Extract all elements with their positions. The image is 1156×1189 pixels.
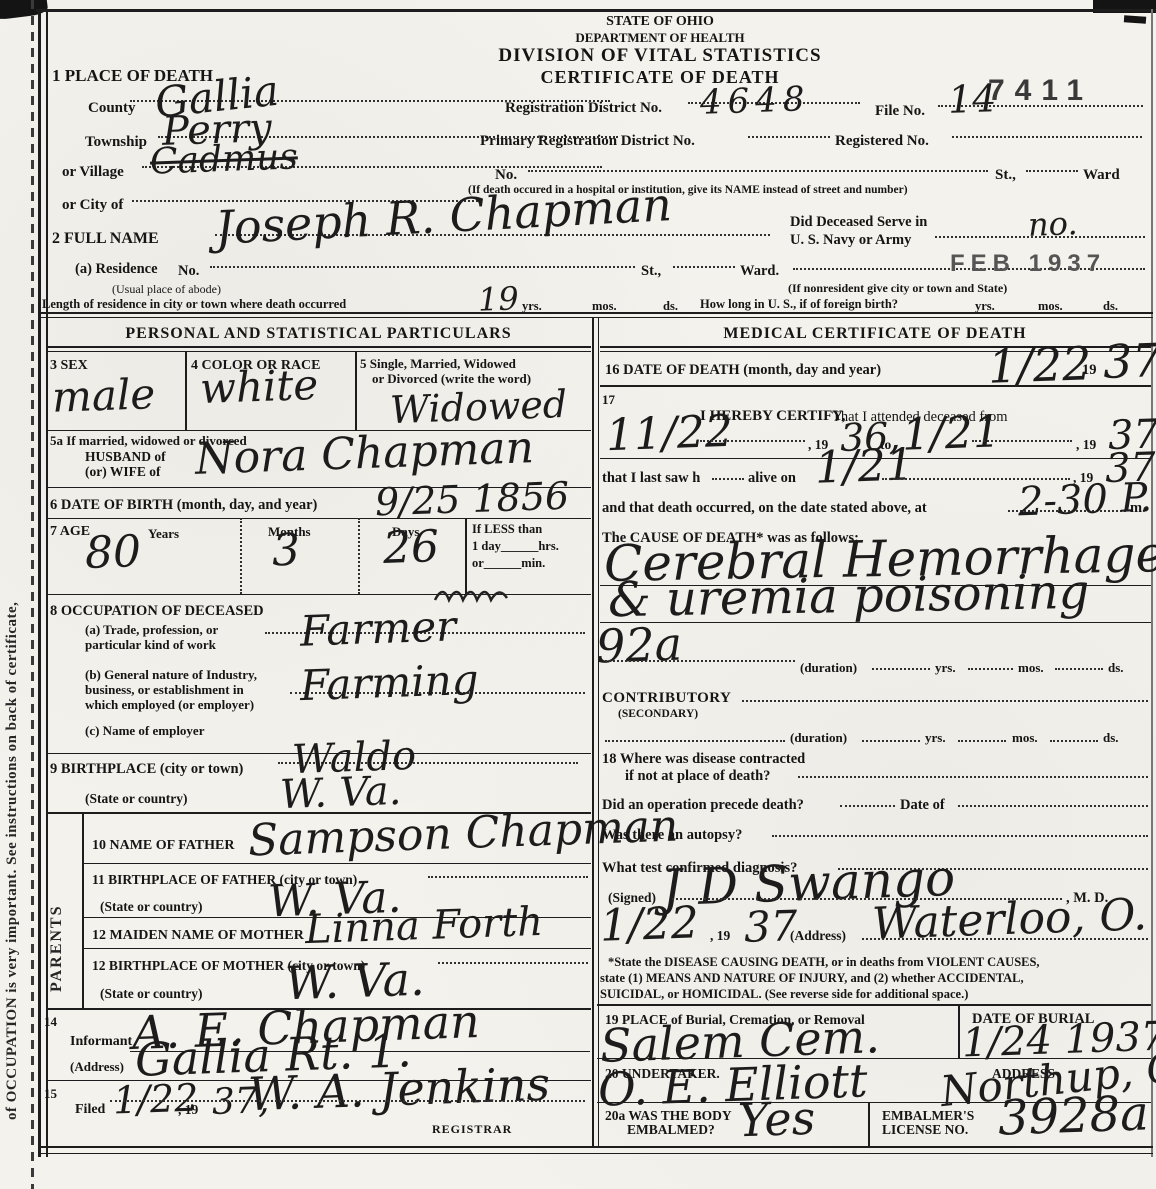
death-certificate-scan: of OCCUPATION is very important. See ins… <box>0 0 1156 1189</box>
disease-contracted-label-2: if not at place of death? <box>625 768 770 785</box>
birthplace-label: 9 BIRTHPLACE (city or town) <box>50 761 243 778</box>
undertaker-value: O. E. Elliott <box>597 1057 868 1112</box>
form-line <box>428 876 588 878</box>
filed-number: 15 <box>44 1086 57 1102</box>
printed-comma-19: , 19 <box>1076 437 1096 453</box>
service-label-line2: U. S. Navy or Army <box>790 232 911 249</box>
ward-label: Ward <box>1083 167 1120 184</box>
form-line <box>748 136 830 138</box>
form-line <box>772 835 1148 837</box>
file-no-label: File No. <box>875 103 925 120</box>
registrar-label: REGISTRAR <box>432 1122 512 1137</box>
file-no-stamp: 7411 <box>988 74 1093 108</box>
form-line <box>742 700 1148 702</box>
duration-yrs-label: yrs. <box>935 660 956 676</box>
age-years-value: 80 <box>84 530 142 576</box>
duration-yrs-label: yrs. <box>925 730 946 746</box>
parents-box-line <box>82 812 84 1008</box>
cell-divider <box>358 518 360 594</box>
form-line <box>600 385 1151 387</box>
operation-label: Did an operation precede death? <box>602 797 804 814</box>
father-name-label: 10 NAME OF FATHER <box>92 838 234 854</box>
form-line <box>210 266 635 268</box>
residence-no-label: No. <box>178 263 199 280</box>
form-line <box>46 518 591 519</box>
township-label: Township <box>85 134 147 151</box>
embalmer-license-value: 3928a <box>997 1089 1149 1142</box>
age-days-value: 26 <box>382 525 440 571</box>
attended-to-value: 1/21 <box>901 410 1001 457</box>
signature-date-value: 1/22 <box>599 901 699 948</box>
occupation-a-value: Farmer <box>299 605 457 652</box>
duration-label: (duration) <box>790 730 847 746</box>
form-line <box>840 805 895 807</box>
form-line <box>438 962 588 964</box>
filed-label: Filed <box>75 1102 105 1118</box>
registration-district-label: Registration District No. <box>505 100 662 117</box>
full-name-label: 2 FULL NAME <box>52 230 159 248</box>
birthplace-state-value: W. Va. <box>279 771 402 815</box>
date-of-death-value: 1/22 <box>987 340 1092 390</box>
informant-number: 14 <box>44 1014 57 1030</box>
form-line <box>673 266 735 268</box>
date-of-birth-label: 6 DATE OF BIRTH (month, day, and year) <box>50 497 317 514</box>
color-race-value: white <box>199 364 319 410</box>
section-divider <box>38 312 1153 314</box>
occupation-c-label: (c) Name of employer <box>85 723 204 739</box>
village-value: Cadmus <box>149 139 298 180</box>
border-bottom-inner <box>38 1153 1153 1154</box>
division-heading: DIVISION OF VITAL STATISTICS <box>300 45 1020 67</box>
marital-value: Widowed <box>389 385 567 429</box>
form-line <box>952 136 1142 138</box>
mother-birthplace-state-label: (State or country) <box>100 986 202 1002</box>
form-line <box>1026 170 1078 172</box>
if-less-label-line2: 1 day______hrs. <box>472 539 559 554</box>
residence-label: (a) Residence <box>75 261 158 278</box>
border-top <box>36 9 1156 12</box>
form-line <box>528 170 988 172</box>
filed-19-printed: , 19 <box>178 1102 198 1118</box>
footnote-line3: SUICIDAL, or HOMICIDAL. (See reverse sid… <box>600 987 968 1002</box>
cause-duration-note: 92a <box>595 621 683 670</box>
if-less-label-line3: or______min. <box>472 556 545 571</box>
mother-maiden-name-value: Linna Forth <box>304 902 543 950</box>
duration-mos-label: mos. <box>1018 660 1044 676</box>
nonresident-note: (If nonresident give city or town and St… <box>788 281 1007 296</box>
form-line <box>82 948 591 949</box>
duration-ds-label: ds. <box>1103 730 1119 746</box>
meridiem-label: m. <box>1130 500 1146 517</box>
scan-fold-line <box>31 0 34 1189</box>
form-line <box>605 660 795 662</box>
border-left-outer <box>38 9 41 1157</box>
husband-of-label: HUSBAND of <box>85 449 166 465</box>
occupation-a-label-line1: (a) Trade, profession, or <box>85 622 218 638</box>
form-line <box>46 351 591 352</box>
parents-label: PARENTS <box>48 852 66 992</box>
cell-divider <box>868 1102 870 1146</box>
residence-st-label: St., <box>641 263 661 280</box>
form-line <box>600 622 1151 623</box>
form-line <box>968 668 1013 670</box>
form-line <box>958 805 1148 807</box>
residence-length-value: 19 <box>477 282 519 315</box>
section-divider <box>38 317 1153 318</box>
attended-from-value: 11/22 <box>605 410 733 458</box>
age-months-value: 3 <box>271 529 301 574</box>
contributory-label: CONTRIBUTORY <box>602 690 731 707</box>
department-heading: DEPARTMENT OF HEALTH <box>300 30 1020 46</box>
form-line <box>110 1100 585 1102</box>
column-divider-outer <box>592 317 594 1147</box>
form-line <box>798 776 1148 778</box>
registrar-signature: W. A. Jenkins <box>247 1061 550 1118</box>
secondary-label: (SECONDARY) <box>618 708 698 720</box>
left-column-header: PERSONAL AND STATISTICAL PARTICULARS <box>46 325 591 343</box>
date-of-death-label: 16 DATE OF DEATH (month, day and year) <box>605 362 881 379</box>
age-years-label: Years <box>148 526 179 542</box>
occupation-b-label-line1: (b) General nature of Industry, <box>85 667 257 683</box>
form-line <box>46 346 591 348</box>
if-less-label-line1: If LESS than <box>472 522 542 537</box>
disease-contracted-label-1: 18 Where was disease contracted <box>602 751 805 768</box>
item-17-number: 17 <box>602 392 615 408</box>
primary-district-label: Primary Registration District No. <box>480 133 695 150</box>
scan-artifact <box>1124 15 1146 24</box>
embalmer-license-label-line2: LICENSE NO. <box>882 1122 968 1138</box>
occupation-a-label-line2: particular kind of work <box>85 637 216 653</box>
village-label: or Village <box>62 164 124 181</box>
sex-value: male <box>51 373 156 419</box>
date-of-death-year: 37 <box>1102 337 1156 385</box>
form-line <box>958 740 1006 742</box>
printed-comma-19: , 19 <box>710 928 730 944</box>
duration-ds-label: ds. <box>1108 660 1124 676</box>
embalmed-label-line2: EMBALMED? <box>627 1122 715 1138</box>
form-line <box>972 440 1072 442</box>
how-long-us-label: How long in U. S., if of foreign birth? <box>700 297 898 312</box>
marital-label-line1: 5 Single, Married, Widowed <box>360 356 516 372</box>
form-line <box>82 863 591 864</box>
autopsy-label: Was there an autopsy? <box>602 827 742 844</box>
residence-ward-label: Ward. <box>740 263 779 280</box>
signature-address-label: (Address) <box>790 928 846 944</box>
birthplace-state-label: (State or country) <box>85 791 187 807</box>
occupation-b-value: Farming <box>299 659 479 707</box>
spouse-value: Nora Chapman <box>194 426 534 482</box>
form-line <box>712 478 744 480</box>
cell-divider <box>958 1004 960 1058</box>
certificate-title: CERTIFICATE OF DEATH <box>300 67 1020 88</box>
printed-19: 19 <box>1082 362 1097 379</box>
footnote-line1: *State the DISEASE CAUSING DEATH, or in … <box>608 955 1040 970</box>
st-label: St., <box>995 167 1016 184</box>
death-time-label: and that death occurred, on the date sta… <box>602 500 927 517</box>
cell-divider <box>240 518 242 594</box>
form-line <box>1055 668 1103 670</box>
residence-length-label: Length of residence in city or town wher… <box>42 297 346 312</box>
form-line <box>605 740 785 742</box>
form-line <box>700 440 805 442</box>
state-heading: STATE OF OHIO <box>300 14 1020 30</box>
cell-divider <box>185 352 187 430</box>
duration-label: (duration) <box>800 660 857 676</box>
service-label-line1: Did Deceased Serve in <box>790 214 927 231</box>
form-line <box>597 1004 1151 1006</box>
occupation-b-label-line2: business, or establishment in <box>85 682 244 698</box>
occupation-label: 8 OCCUPATION OF DECEASED <box>50 603 264 620</box>
mother-maiden-name-label: 12 MAIDEN NAME OF MOTHER <box>92 928 304 944</box>
informant-label: Informant <box>70 1034 132 1050</box>
margin-vertical-note: of OCCUPATION is very important. See ins… <box>4 60 21 1120</box>
county-label: County <box>88 100 136 117</box>
occupation-b-label-line3: which employed (or employer) <box>85 697 254 713</box>
last-saw-label-1: that I last saw h <box>602 470 700 487</box>
date-of-label: Date of <box>900 797 945 814</box>
informant-address-label: (Address) <box>70 1059 124 1075</box>
abode-note: (Usual place of abode) <box>112 282 221 297</box>
street-no-label: No. <box>495 167 517 184</box>
footnote-line2: state (1) MEANS AND NATURE OF INJURY, an… <box>600 971 1024 986</box>
form-line <box>872 668 930 670</box>
father-birthplace-state-label: (State or country) <box>100 899 202 915</box>
form-line <box>1050 740 1098 742</box>
form-line <box>862 740 920 742</box>
full-name-value: Joseph R. Chapman <box>214 181 673 251</box>
border-bottom-outer <box>38 1146 1153 1148</box>
registration-district-value: 4648 <box>699 82 811 120</box>
registered-no-label: Registered No. <box>835 133 929 150</box>
duration-mos-label: mos. <box>1012 730 1038 746</box>
city-label: or City of <box>62 197 123 214</box>
date-of-birth-value: 9/25 1856 <box>374 477 569 522</box>
cell-divider <box>355 352 357 430</box>
last-saw-value: 1/21 <box>814 443 914 490</box>
embalmed-value: Yes <box>737 1095 816 1144</box>
received-date-stamp: FEB 1937 <box>950 250 1106 278</box>
form-line <box>862 938 1148 940</box>
service-value: no. <box>1027 207 1078 241</box>
wife-of-label: (or) WIFE of <box>85 464 161 480</box>
last-saw-label-2: alive on <box>748 470 796 487</box>
